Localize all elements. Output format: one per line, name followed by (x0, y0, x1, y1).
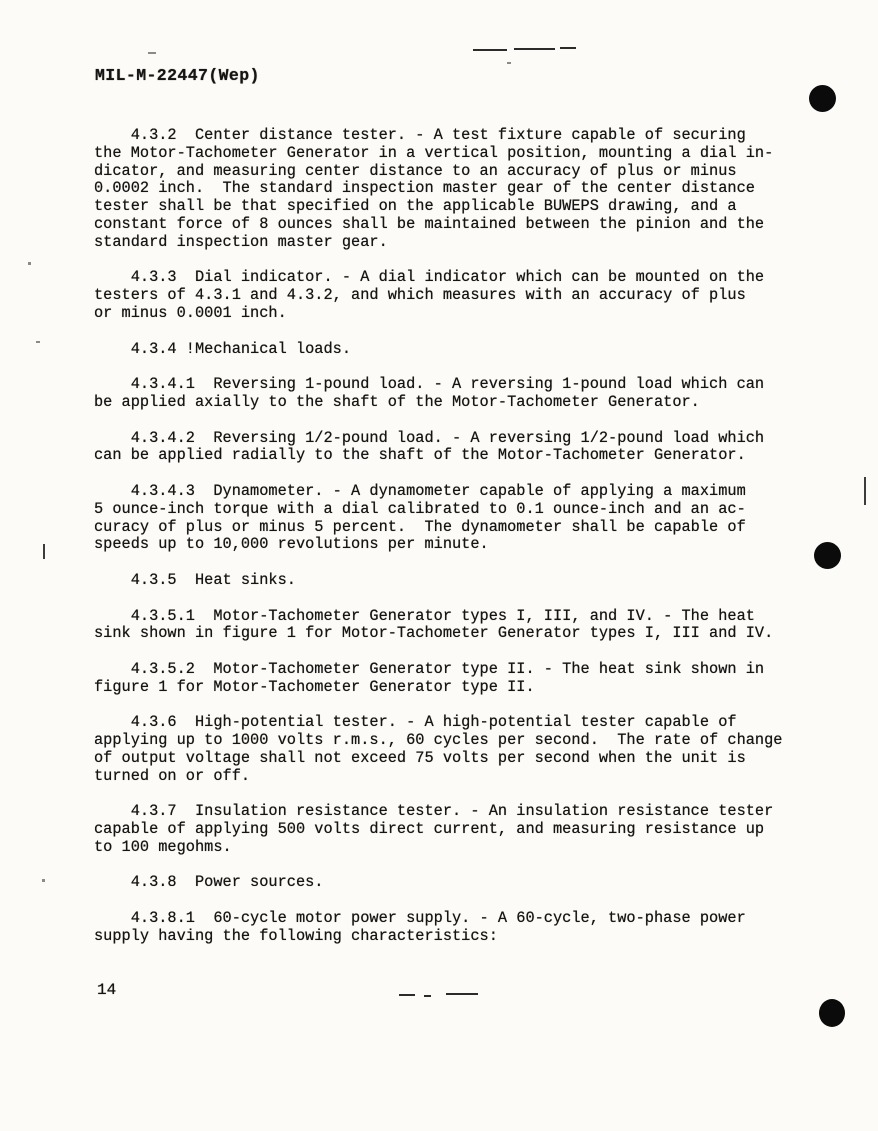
scan-speck-artifact (36, 341, 40, 343)
section-4-3-4-3: 4.3.4.3 Dynamometer. - A dynamometer cap… (94, 483, 834, 554)
hole-punch-dot-top (809, 85, 836, 112)
scan-dash-artifact (514, 48, 555, 50)
page-number: 14 (97, 981, 116, 999)
scan-dash-artifact (399, 994, 415, 996)
document-body: 4.3.2 Center distance tester. - A test f… (94, 127, 834, 963)
scan-dash-artifact (424, 995, 431, 997)
document-id-header: MIL-M-22447(Wep) (95, 66, 260, 85)
section-4-3-3: 4.3.3 Dial indicator. - A dial indicator… (94, 269, 834, 322)
section-4-3-8: 4.3.8 Power sources. (94, 874, 834, 892)
section-4-3-6: 4.3.6 High-potential tester. - A high-po… (94, 714, 834, 785)
scan-speck-artifact (28, 262, 31, 265)
hole-punch-dot-middle (814, 542, 841, 569)
section-4-3-4-2: 4.3.4.2 Reversing 1/2-pound load. - A re… (94, 430, 834, 466)
section-4-3-4: 4.3.4 !Mechanical loads. (94, 341, 834, 359)
scanned-document-page: MIL-M-22447(Wep) 4.3.2 Center distance t… (0, 0, 878, 1131)
scan-tick-artifact (43, 544, 45, 559)
scan-dash-artifact (473, 49, 507, 51)
section-4-3-4-1: 4.3.4.1 Reversing 1-pound load. - A reve… (94, 376, 834, 412)
scan-speck-artifact (42, 879, 45, 882)
hole-punch-dot-bottom (819, 999, 845, 1027)
section-4-3-5: 4.3.5 Heat sinks. (94, 572, 834, 590)
section-4-3-2: 4.3.2 Center distance tester. - A test f… (94, 127, 834, 252)
scan-speck-artifact (148, 52, 156, 54)
section-4-3-5-2: 4.3.5.2 Motor-Tachometer Generator type … (94, 661, 834, 697)
scan-tick-artifact (864, 477, 866, 505)
section-4-3-8-1: 4.3.8.1 60-cycle motor power supply. - A… (94, 910, 834, 946)
section-4-3-7: 4.3.7 Insulation resistance tester. - An… (94, 803, 834, 856)
scan-dash-artifact (446, 993, 478, 995)
scan-dash-artifact (560, 47, 576, 49)
scan-speck-artifact (507, 62, 511, 64)
section-4-3-5-1: 4.3.5.1 Motor-Tachometer Generator types… (94, 608, 834, 644)
